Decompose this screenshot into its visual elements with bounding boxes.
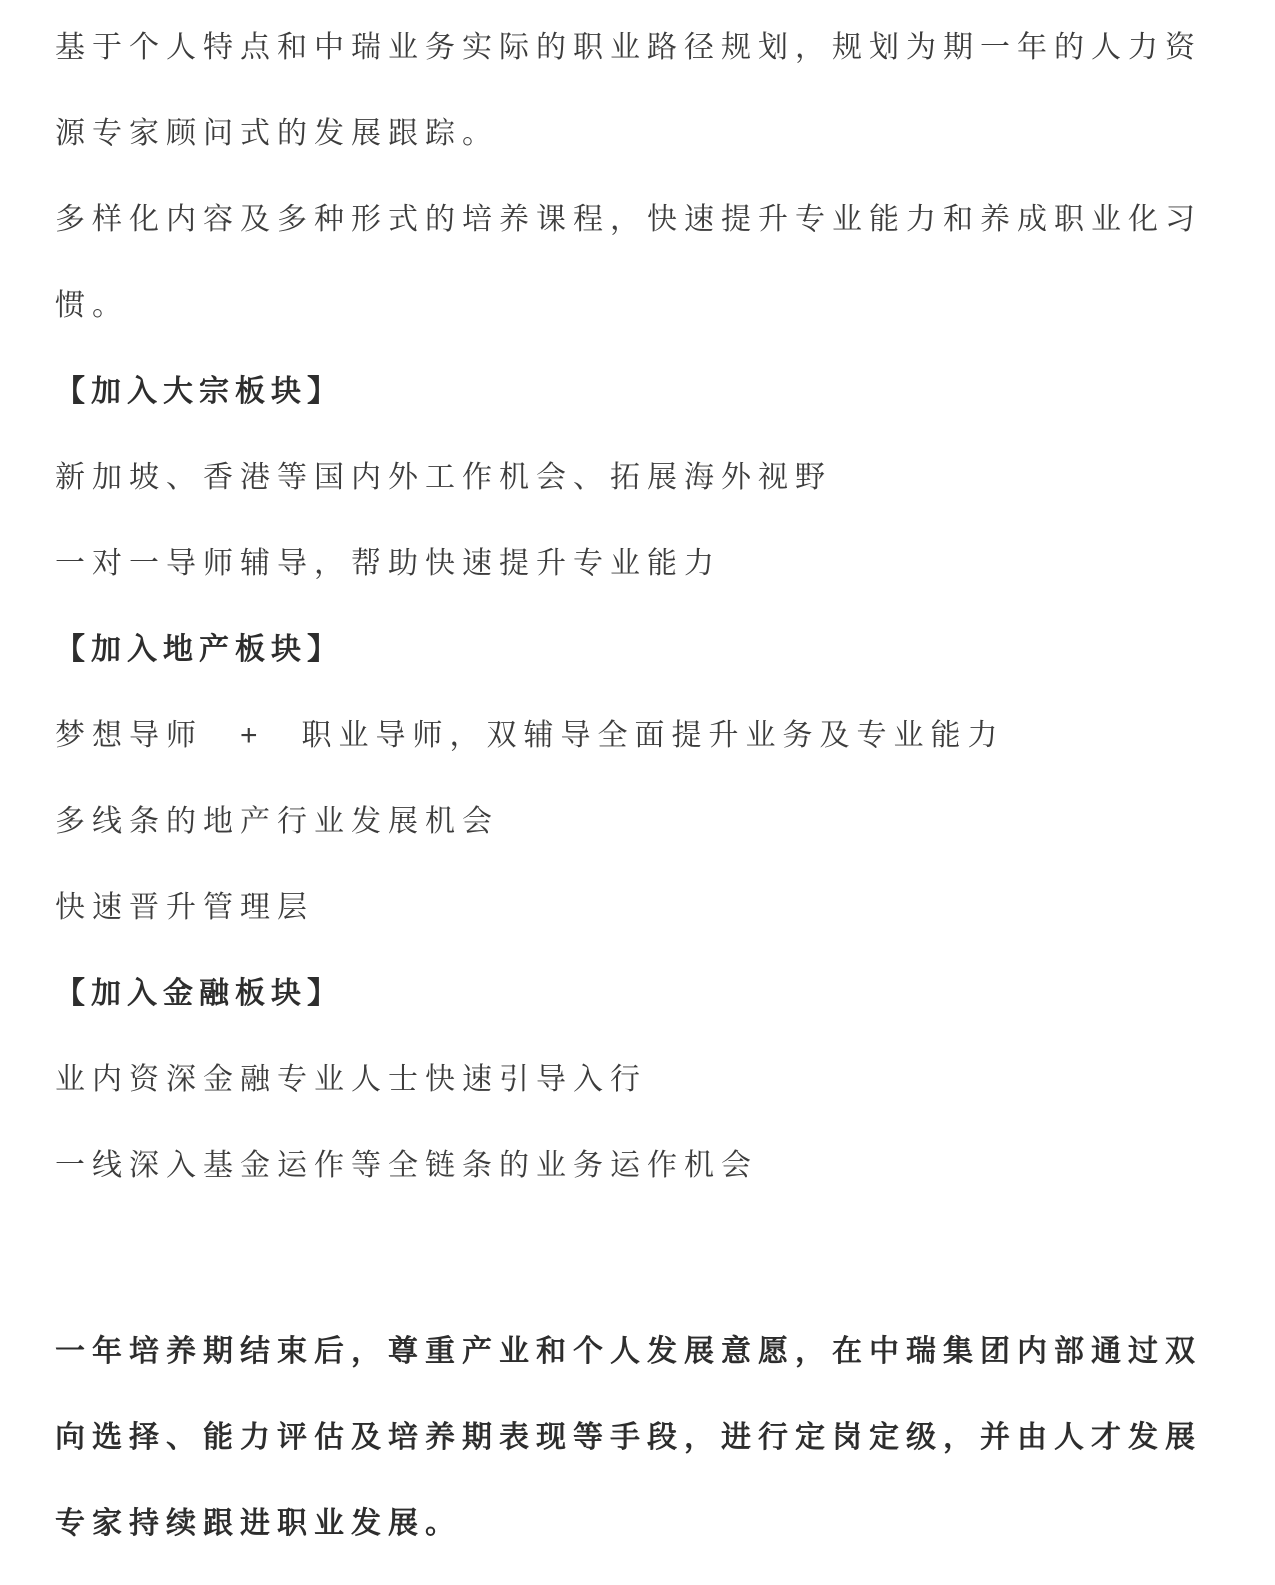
paragraph-line: 源专家顾问式的发展跟踪。 [55, 91, 1225, 177]
paragraph-line: 业内资深金融专业人士快速引导入行 [55, 1037, 1225, 1123]
closing-paragraph-line: 向选择、能力评估及培养期表现等手段，进行定岗定级，并由人才发展 [55, 1395, 1225, 1481]
section-heading-real-estate: 【加入地产板块】 [55, 607, 1225, 693]
paragraph-line: 多样化内容及多种形式的培养课程，快速提升专业能力和养成职业化习 [55, 177, 1225, 263]
paragraph-line: 梦想导师 + 职业导师，双辅导全面提升业务及专业能力 [55, 693, 1225, 779]
paragraph-line: 多线条的地产行业发展机会 [55, 779, 1225, 865]
paragraph-line: 一线深入基金运作等全链条的业务运作机会 [55, 1123, 1225, 1209]
paragraph-line: 基于个人特点和中瑞业务实际的职业路径规划，规划为期一年的人力资 [55, 5, 1225, 91]
paragraph-line: 快速晋升管理层 [55, 865, 1225, 951]
section-heading-finance: 【加入金融板块】 [55, 951, 1225, 1037]
document-page: 基于个人特点和中瑞业务实际的职业路径规划，规划为期一年的人力资 源专家顾问式的发… [0, 0, 1275, 1585]
paragraph-line: 新加坡、香港等国内外工作机会、拓展海外视野 [55, 435, 1225, 521]
closing-paragraph-line: 专家持续跟进职业发展。 [55, 1481, 1225, 1567]
paragraph-line: 一对一导师辅导，帮助快速提升专业能力 [55, 521, 1225, 607]
paragraph-gap [55, 1209, 1225, 1309]
section-heading-bulk-commodities: 【加入大宗板块】 [55, 349, 1225, 435]
closing-paragraph-line: 一年培养期结束后，尊重产业和个人发展意愿，在中瑞集团内部通过双 [55, 1309, 1225, 1395]
paragraph-line: 惯。 [55, 263, 1225, 349]
